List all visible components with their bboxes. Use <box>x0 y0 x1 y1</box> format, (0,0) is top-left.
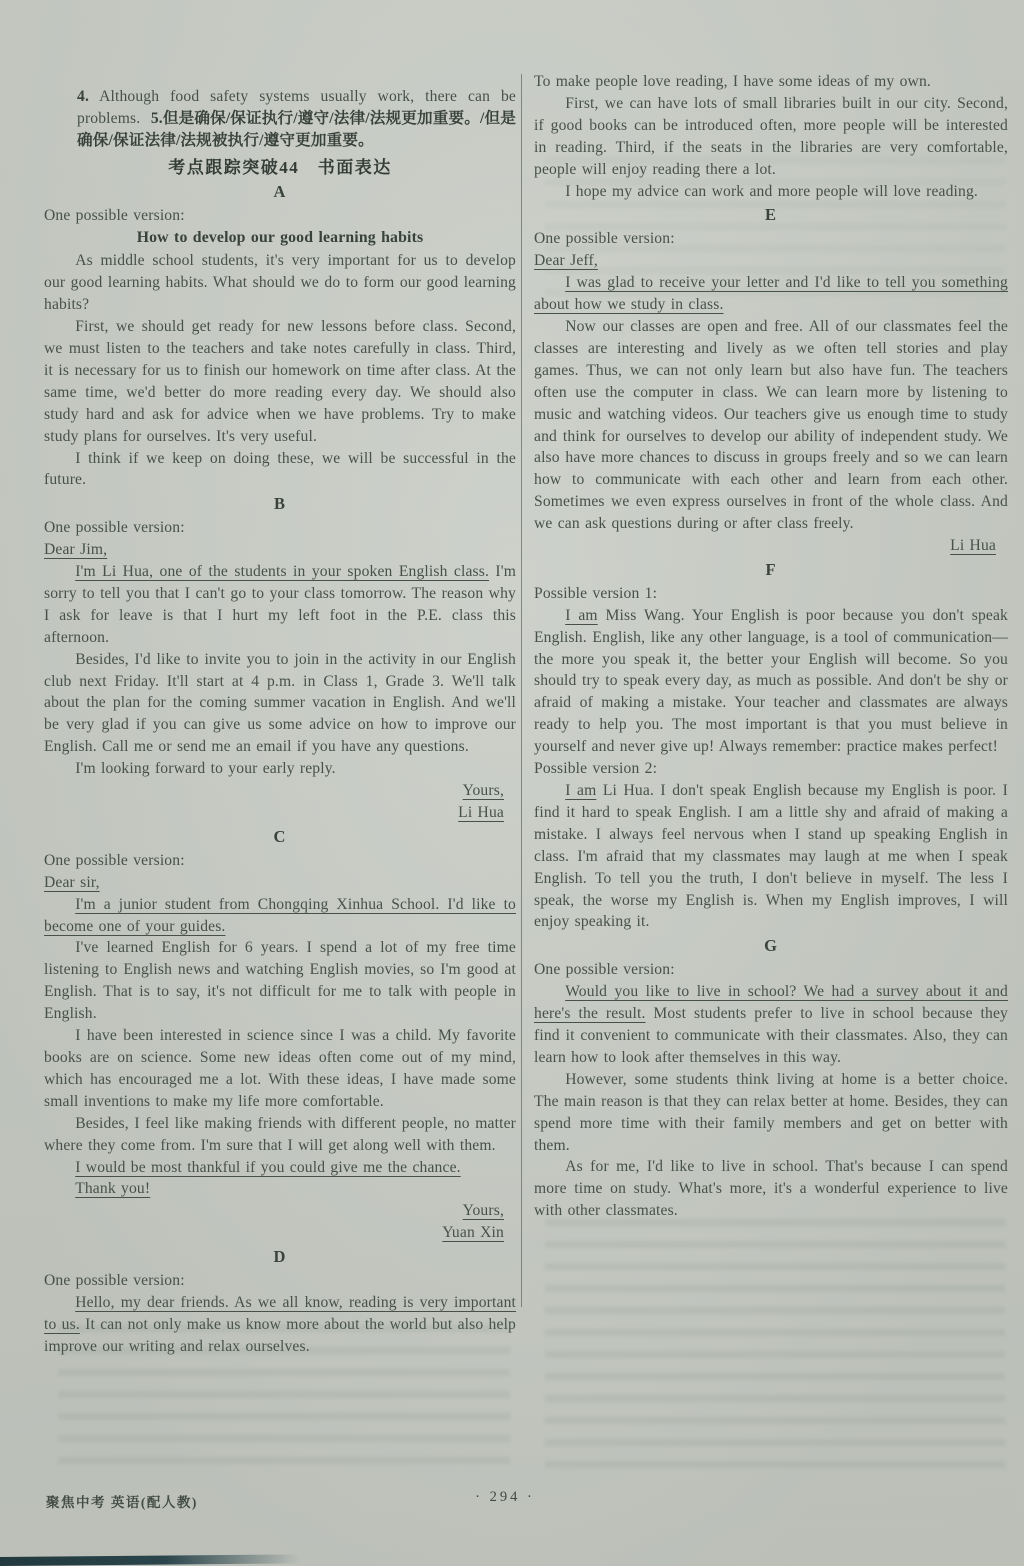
paragraph: Hello, my dear friends. As we all know, … <box>44 1292 516 1358</box>
paragraph-text: I'm looking forward to your early reply. <box>75 760 336 777</box>
signature-text: Li Hua <box>458 804 504 821</box>
right-column: To make people love reading, I have some… <box>534 0 1008 1222</box>
column-divider-rule <box>521 74 522 1307</box>
signature-text: Yuan Xin <box>442 1224 504 1241</box>
paragraph: I'm Li Hua, one of the students in your … <box>44 561 516 649</box>
paragraph-text: Miss Wang. Your English is poor because … <box>534 607 1008 755</box>
version-label-1: Possible version 1: <box>534 583 1008 605</box>
salutation-text: Dear sir, <box>44 874 100 891</box>
paragraph: Would you like to live in school? We had… <box>534 981 1008 1069</box>
underlined-text: Thank you! <box>75 1180 150 1197</box>
signature-name: Yuan Xin <box>44 1222 516 1244</box>
answer-number-4: 4. <box>77 88 89 105</box>
answer-items-4-5: 4. Although food safety systems usually … <box>77 86 516 152</box>
scan-edge-artifact <box>0 1554 300 1566</box>
paragraph-text: I hope my advice can work and more peopl… <box>565 183 978 200</box>
section-letter-a: A <box>44 181 516 203</box>
answer-text-5: 但是确保/保证执行/遵守/法律/法规更加重要。/但是确保/保证法律/法规被执行/… <box>77 110 516 149</box>
section-letter-d: D <box>44 1246 516 1268</box>
paragraph: First, we should get ready for new lesso… <box>44 316 516 447</box>
left-column: 4. Although food safety systems usually … <box>44 0 516 1358</box>
version-label: One possible version: <box>534 228 1008 250</box>
paragraph: I was glad to receive your letter and I'… <box>534 272 1008 316</box>
signature-closing: Yours, <box>44 780 516 802</box>
paragraph: Besides, I feel like making friends with… <box>44 1113 516 1157</box>
paragraph-text: First, we can have lots of small librari… <box>534 95 1008 178</box>
version-label: One possible version: <box>534 959 1008 981</box>
answer-number-5: 5. <box>151 110 163 127</box>
section-letter-e: E <box>534 204 1008 226</box>
paragraph: I would be most thankful if you could gi… <box>44 1157 516 1179</box>
paragraph: As for me, I'd like to live in school. T… <box>534 1156 1008 1222</box>
salutation: Dear Jeff, <box>534 250 1008 272</box>
paragraph-text: Besides, I feel like making friends with… <box>44 1115 516 1154</box>
signature-name: Li Hua <box>534 535 1008 557</box>
paragraph-text: I've learned English for 6 years. I spen… <box>44 939 516 1022</box>
paragraph: I have been interested in science since … <box>44 1025 516 1113</box>
salutation-text: Dear Jeff, <box>534 252 598 269</box>
salutation: Dear Jim, <box>44 539 516 561</box>
paragraph-text: First, we should get ready for new lesso… <box>44 318 516 445</box>
underlined-text: I'm Li Hua, one of the students in your … <box>75 563 489 580</box>
signature-name: Li Hua <box>44 802 516 824</box>
paragraph: As middle school students, it's very imp… <box>44 250 516 316</box>
bleed-through-artifact <box>545 1212 1005 1480</box>
unit-heading: 考点跟踪突破44 书面表达 <box>44 157 516 179</box>
paragraph-text: Li Hua. I don't speak English because my… <box>534 782 1008 930</box>
paragraph: First, we can have lots of small librari… <box>534 93 1008 181</box>
paragraph: Thank you! <box>44 1178 516 1200</box>
paragraph: I'm a junior student from Chongqing Xinh… <box>44 894 516 938</box>
section-letter-g: G <box>534 935 1008 957</box>
paragraph: I think if we keep on doing these, we wi… <box>44 448 516 492</box>
section-letter-c: C <box>44 826 516 848</box>
section-letter-b: B <box>44 493 516 515</box>
version-label: One possible version: <box>44 1270 516 1292</box>
version-label: One possible version: <box>44 205 516 227</box>
paragraph-text: I have been interested in science since … <box>44 1027 516 1110</box>
paragraph: I am Miss Wang. Your English is poor bec… <box>534 605 1008 758</box>
paragraph-text: Besides, I'd like to invite you to join … <box>44 651 516 756</box>
salutation-text: Dear Jim, <box>44 541 107 558</box>
paragraph-text: I think if we keep on doing these, we wi… <box>44 450 516 489</box>
underlined-text: I was glad to receive your letter and I'… <box>534 274 1008 313</box>
paragraph-text: It can not only make us know more about … <box>44 1316 516 1355</box>
paragraph-text: Now our classes are open and free. All o… <box>534 318 1008 532</box>
paragraph-text: To make people love reading, I have some… <box>534 73 931 90</box>
paragraph: I hope my advice can work and more peopl… <box>534 181 1008 203</box>
paragraph-text: As for me, I'd like to live in school. T… <box>534 1158 1008 1219</box>
signature-closing: Yours, <box>44 1200 516 1222</box>
signature-text: Yours, <box>463 1202 504 1219</box>
signature-text: Yours, <box>463 782 504 799</box>
version-label-2: Possible version 2: <box>534 758 1008 780</box>
paragraph: I am Li Hua. I don't speak English becau… <box>534 780 1008 933</box>
underlined-text: I am <box>565 607 598 624</box>
paragraph-text: As middle school students, it's very imp… <box>44 252 516 313</box>
paragraph: I'm looking forward to your early reply. <box>44 758 516 780</box>
underlined-text: I would be most thankful if you could gi… <box>75 1159 461 1176</box>
salutation: Dear sir, <box>44 872 516 894</box>
paragraph: To make people love reading, I have some… <box>534 71 1008 93</box>
paragraph: I've learned English for 6 years. I spen… <box>44 937 516 1025</box>
version-label: One possible version: <box>44 850 516 872</box>
underlined-text: I am <box>565 782 596 799</box>
paragraph: However, some students think living at h… <box>534 1069 1008 1157</box>
signature-text: Li Hua <box>950 537 996 554</box>
version-label: One possible version: <box>44 517 516 539</box>
scanned-book-page: 4. Although food safety systems usually … <box>0 0 1024 1566</box>
book-title-footer: 聚焦中考 英语(配人教) <box>46 1491 198 1511</box>
paragraph: Now our classes are open and free. All o… <box>534 316 1008 535</box>
paragraph-text: However, some students think living at h… <box>534 1071 1008 1154</box>
essay-title: How to develop our good learning habits <box>44 227 516 249</box>
paragraph: Besides, I'd like to invite you to join … <box>44 649 516 759</box>
underlined-text: I'm a junior student from Chongqing Xinh… <box>44 896 516 935</box>
section-letter-f: F <box>534 559 1008 581</box>
